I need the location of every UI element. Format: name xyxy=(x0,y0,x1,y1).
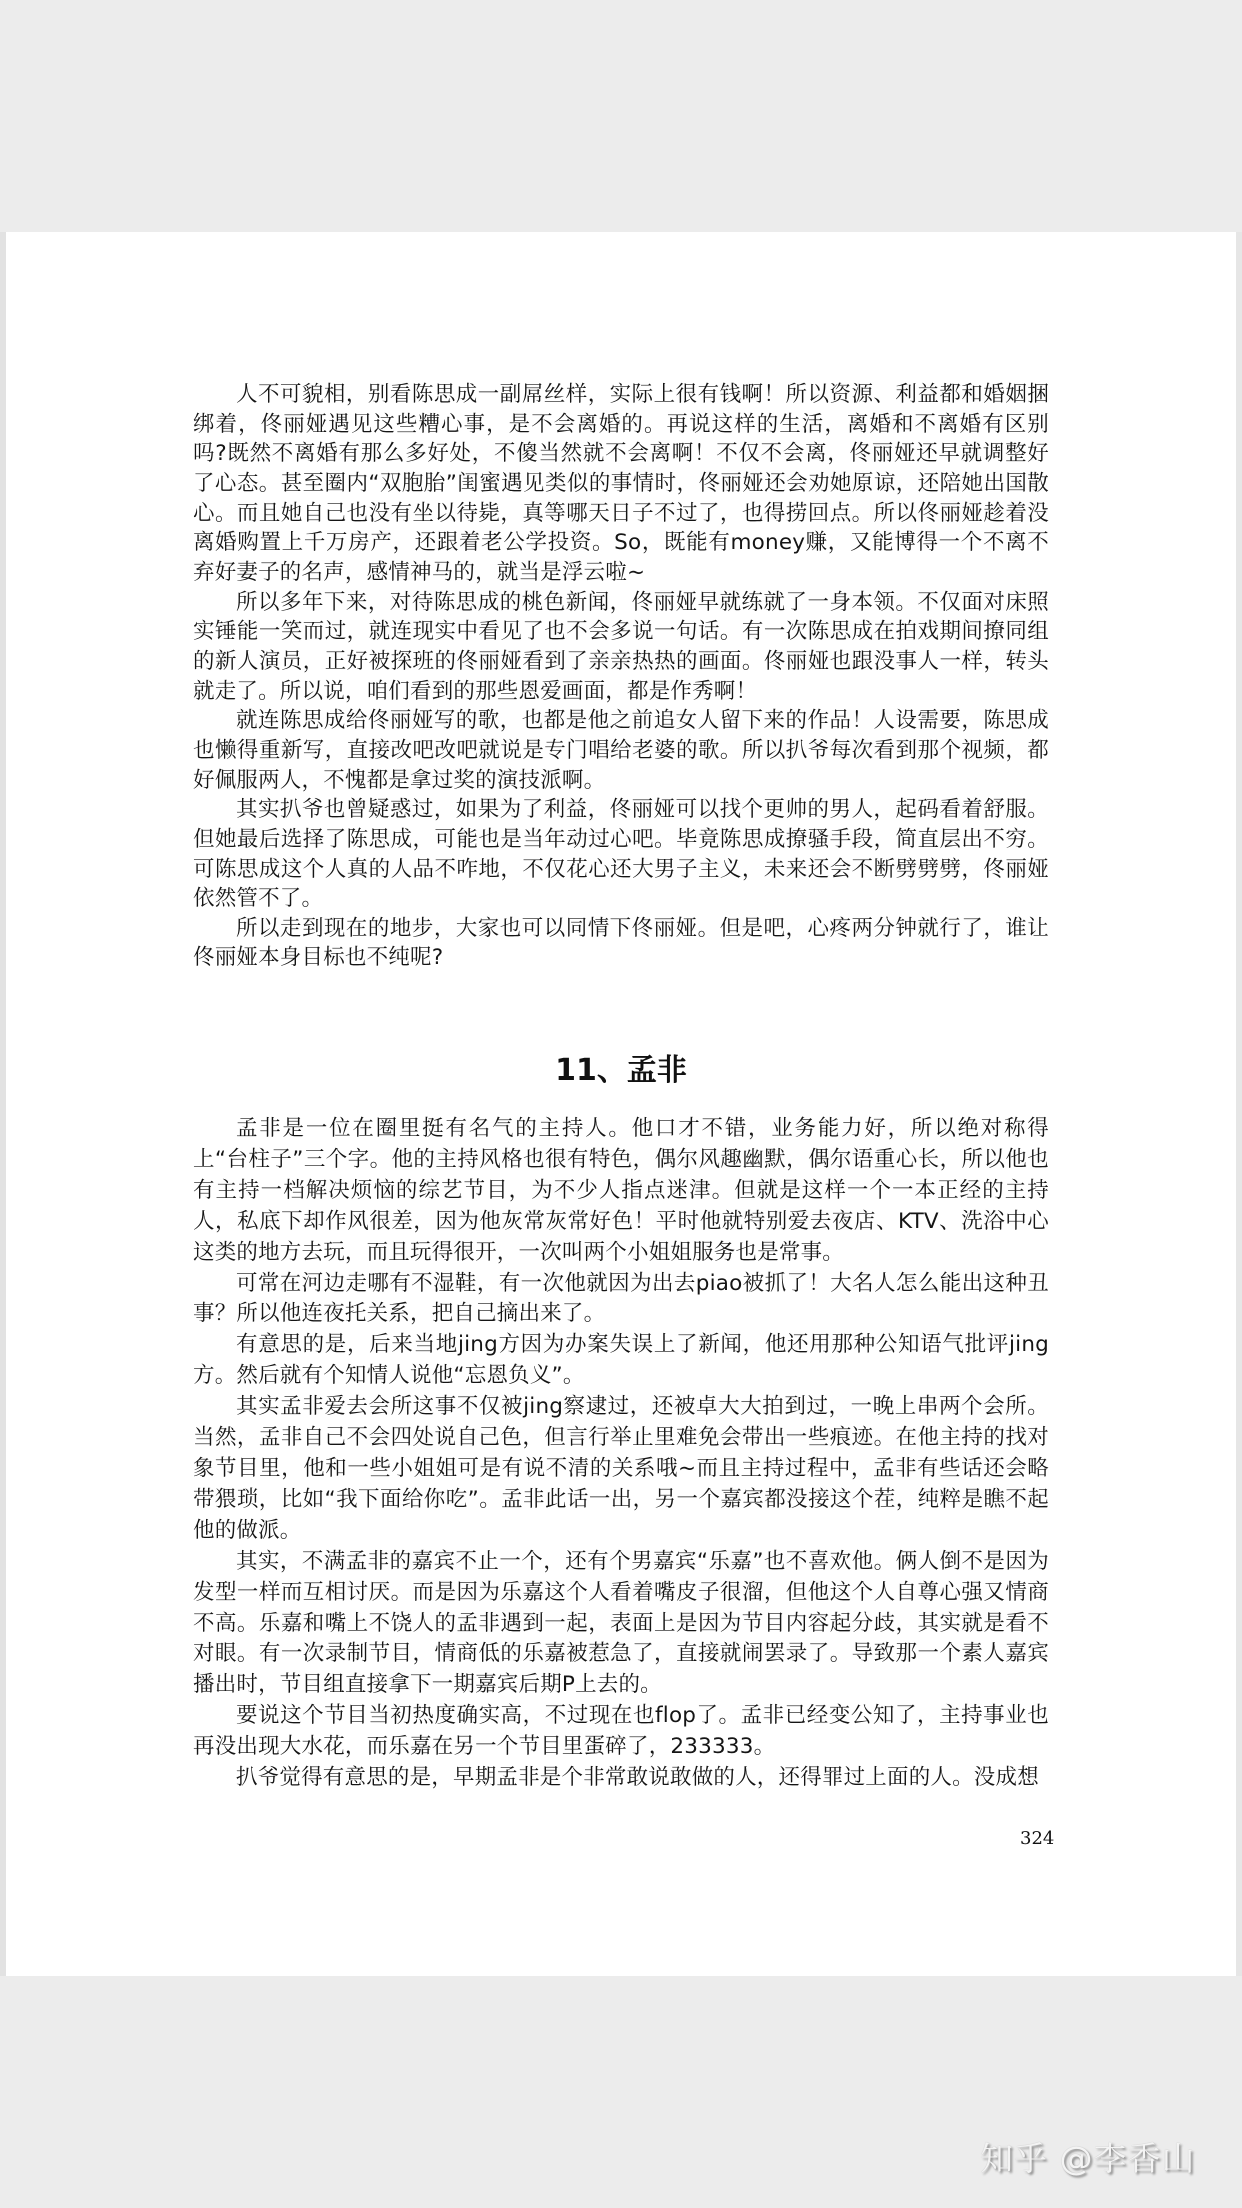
article-section-2: 孟非是一位在圈里挺有名气的主持人。他口才不错，业务能力好，所以绝对称得上“台柱子… xyxy=(193,1114,1049,1794)
page-right-edge xyxy=(1236,232,1242,1976)
paragraph: 人不可貌相，别看陈思成一副屌丝样，实际上很有钱啊！所以资源、利益都和婚姻捆绑着，… xyxy=(193,380,1049,588)
paragraph: 孟非是一位在圈里挺有名气的主持人。他口才不错，业务能力好，所以绝对称得上“台柱子… xyxy=(193,1114,1049,1269)
watermark: 知乎 @李香山 xyxy=(980,2133,1196,2180)
paragraph: 扒爷觉得有意思的是，早期孟非是个非常敢说敢做的人，还得罪过上面的人。没成想 xyxy=(193,1763,1049,1794)
paragraph: 有意思的是，后来当地jing方因为办案失误上了新闻，他还用那种公知语气批评jin… xyxy=(193,1330,1049,1392)
article-section-1: 人不可貌相，别看陈思成一副屌丝样，实际上很有钱啊！所以资源、利益都和婚姻捆绑着，… xyxy=(193,380,1049,973)
paragraph: 所以多年下来，对待陈思成的桃色新闻，佟丽娅早就练就了一身本领。不仅面对床照实锤能… xyxy=(193,588,1049,707)
paragraph: 其实孟非爱去会所这事不仅被jing察逮过，还被卓大大拍到过，一晚上串两个会所。当… xyxy=(193,1392,1049,1547)
paragraph: 所以走到现在的地步，大家也可以同情下佟丽娅。但是吧，心疼两分钟就行了，谁让佟丽娅… xyxy=(193,914,1049,973)
paragraph: 要说这个节目当初热度确实高，不过现在也flop了。孟非已经变公知了，主持事业也再… xyxy=(193,1701,1049,1763)
section-heading: 11、孟非 xyxy=(193,1052,1049,1090)
paragraph: 可常在河边走哪有不湿鞋，有一次他就因为出去piao被抓了！大名人怎么能出这种丑事… xyxy=(193,1269,1049,1331)
paragraph: 其实，不满孟非的嘉宾不止一个，还有个男嘉宾“乐嘉”也不喜欢他。俩人倒不是因为发型… xyxy=(193,1547,1049,1702)
page-number: 324 xyxy=(1020,1828,1054,1849)
paragraph: 就连陈思成给佟丽娅写的歌，也都是他之前追女人留下来的作品！人设需要，陈思成也懒得… xyxy=(193,706,1049,795)
paragraph: 其实扒爷也曾疑惑过，如果为了利益，佟丽娅可以找个更帅的男人，起码看着舒服。但她最… xyxy=(193,795,1049,914)
